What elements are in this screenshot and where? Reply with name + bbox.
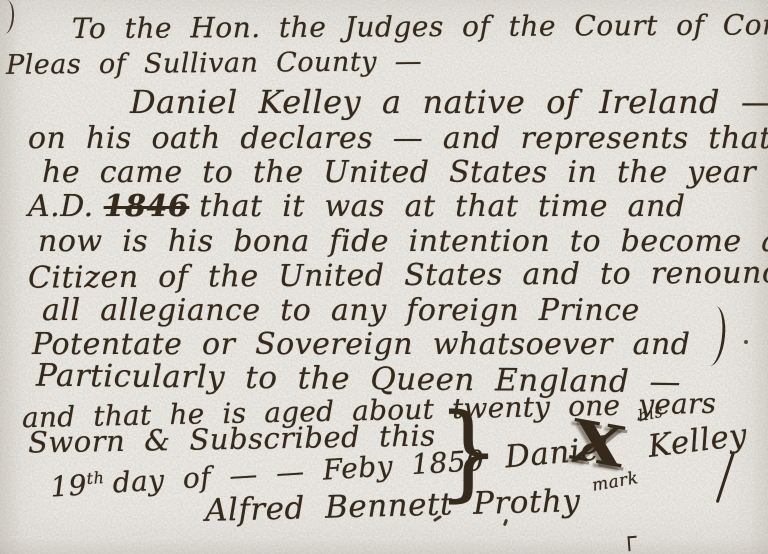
handwritten-line-prothonotary: Alfred Bennett Prothy (205, 486, 581, 527)
scanned-document-page: To the Hon. the Judges of the Court of C… (0, 0, 768, 554)
signature-his-label: his (637, 404, 665, 425)
handwritten-line-declarant-name: Daniel Kelley a native of Ireland — (130, 86, 768, 118)
signature-mark-label: mark (591, 470, 640, 495)
year-prefix: A.D. (28, 189, 94, 224)
date-day-number: 19 (49, 468, 88, 503)
handwritten-line-salutation-2: Pleas of Sullivan County — (6, 48, 422, 79)
handwritten-line-oath: on his oath declares — and represents th… (28, 124, 768, 154)
handwritten-line-salutation-1: To the Hon. the Judges of the Court of C… (72, 11, 768, 43)
handwritten-line-intention: now is his bona fide intention to become… (38, 227, 768, 257)
handwritten-line-year: A.D.1846that it was at that time and (28, 192, 686, 222)
date-day-ordinal: th (86, 468, 105, 488)
pen-flourish-slash (716, 451, 736, 503)
handwritten-line-potentate: Potentate or Sovereign whatsoever and (32, 330, 691, 360)
ink-speck (503, 519, 508, 527)
signature-x-mark: X (566, 412, 630, 477)
handwritten-line-allegiance: all allegiance to any foreign Prince (42, 296, 640, 326)
handwritten-line-citizen: Citizen of the United States and to reno… (28, 258, 768, 293)
struck-year-1846: 1846 (104, 189, 190, 224)
pen-flourish-paren (697, 305, 728, 367)
ink-speck (627, 536, 637, 552)
year-suffix-text: that it was at that time and (199, 189, 685, 224)
handwritten-line-arrival: he came to the United States in the year (42, 158, 756, 188)
pen-flourish-small-brace (0, 0, 15, 34)
ink-speck (744, 340, 748, 344)
